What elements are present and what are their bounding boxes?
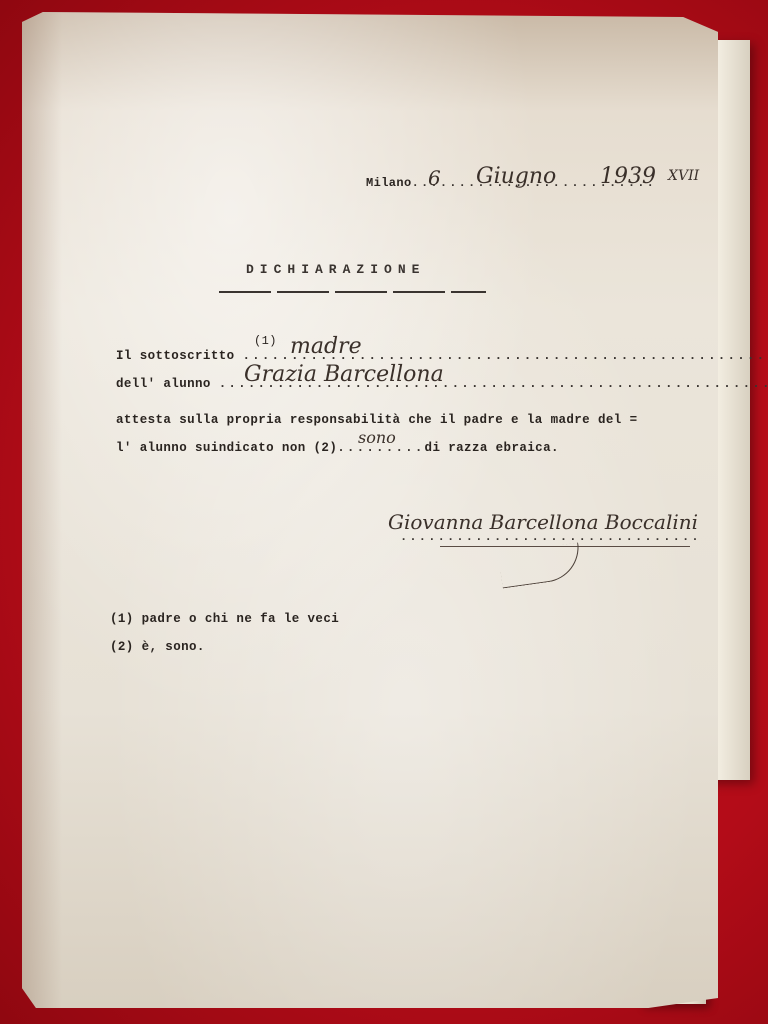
declaration-line: l' alunno suindicato non (2).........di … bbox=[116, 441, 559, 455]
date-day: 6 bbox=[428, 166, 441, 190]
footnote-2: (2) è, sono. bbox=[110, 640, 205, 654]
date-era: XVII bbox=[668, 168, 699, 184]
declaration-suffix: di razza ebraica. bbox=[425, 441, 559, 455]
footnote-1: (1) padre o chi ne fa le veci bbox=[110, 612, 339, 626]
document-title: DICHIARAZIONE bbox=[246, 262, 425, 277]
date-year: 1939 bbox=[600, 164, 656, 189]
attestation-line: attesta sulla propria responsabilità che… bbox=[116, 413, 637, 427]
declarant-label: Il sottoscritto bbox=[116, 349, 235, 363]
pupil-name: Grazia Barcellona bbox=[244, 362, 444, 387]
signature-dots: ................................ bbox=[400, 530, 701, 544]
footnote-marker-1: (1) bbox=[254, 334, 277, 348]
pupil-label: dell' alunno bbox=[116, 377, 211, 391]
place-label: Milano bbox=[366, 176, 412, 190]
declaration-value: sono bbox=[358, 428, 396, 447]
title-underline bbox=[219, 291, 486, 293]
declaration-prefix: l' alunno suindicato non (2) bbox=[116, 441, 337, 455]
declarant-line: Il sottoscritto ........................… bbox=[116, 349, 768, 363]
declarant-value: madre bbox=[290, 334, 362, 359]
date-month: Giugno bbox=[476, 164, 556, 189]
